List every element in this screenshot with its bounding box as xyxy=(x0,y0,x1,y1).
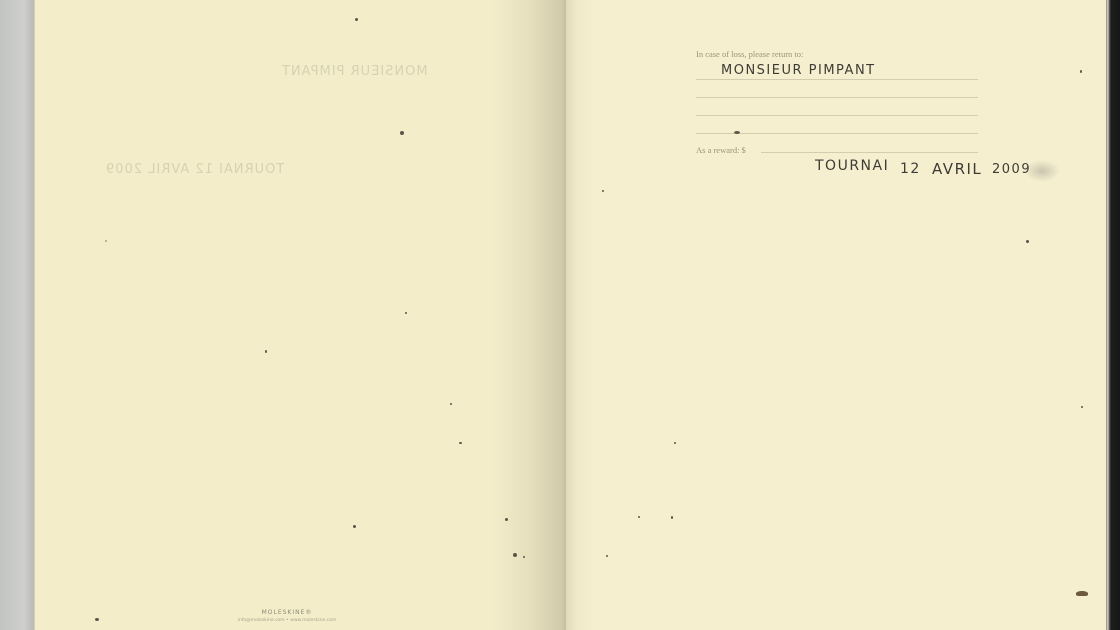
paper-speck xyxy=(1081,406,1083,408)
reward-line xyxy=(761,152,978,153)
ruled-line xyxy=(696,115,978,116)
paper-speck xyxy=(265,350,267,353)
paper-speck xyxy=(105,240,107,242)
paper-speck xyxy=(459,442,462,444)
place-handwriting: TOURNAI xyxy=(815,158,889,174)
ink-blot xyxy=(734,131,740,134)
paper-speck xyxy=(450,403,452,405)
paper-speck xyxy=(405,312,407,314)
scan-backdrop xyxy=(0,0,34,630)
brand-wordmark: MOLESKINE® xyxy=(21,609,553,616)
paper-speck xyxy=(1026,240,1029,243)
notebook-cover-edge xyxy=(1106,0,1120,630)
ink-stain xyxy=(1076,591,1088,596)
ruled-line xyxy=(696,97,978,98)
day-handwriting: 12 xyxy=(900,161,921,177)
paper-speck xyxy=(671,516,673,519)
graphite-smudge xyxy=(1024,160,1060,182)
paper-speck xyxy=(353,525,356,528)
ruled-line xyxy=(696,79,978,80)
paper-speck xyxy=(674,442,676,444)
brand-contact: info@moleskine.com • www.moleskine.com xyxy=(21,618,553,623)
paper-speck xyxy=(400,131,404,135)
paper-speck xyxy=(505,518,508,521)
paper-speck xyxy=(602,190,604,192)
month-handwriting: AVRIL xyxy=(932,160,982,178)
right-page: In case of loss, please return to: MONSI… xyxy=(566,0,1106,630)
paper-speck xyxy=(355,18,358,21)
left-page: MONSIEUR PIMPANT TOURNAI 12 AVRIL 2009 M… xyxy=(34,0,567,630)
paper-speck xyxy=(523,556,525,558)
return-label: In case of loss, please return to: xyxy=(696,49,803,59)
paper-speck xyxy=(513,553,517,557)
show-through-text: TOURNAI 12 AVRIL 2009 xyxy=(105,162,284,177)
paper-speck xyxy=(606,555,608,557)
reward-label: As a reward: $ xyxy=(696,145,746,155)
paper-speck xyxy=(1080,70,1082,73)
owner-name-handwriting: MONSIEUR PIMPANT xyxy=(721,63,876,78)
paper-speck xyxy=(638,516,640,518)
show-through-text: MONSIEUR PIMPANT xyxy=(281,64,428,79)
